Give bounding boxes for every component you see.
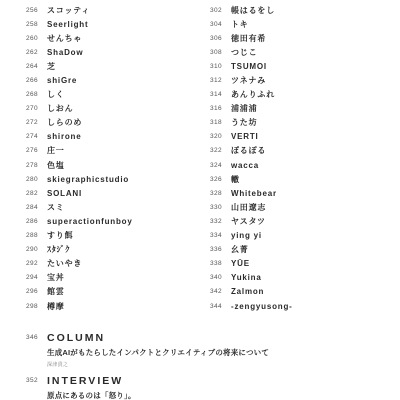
artist-name: しおん [47, 103, 73, 114]
artist-name: 館雲 [47, 286, 65, 297]
interview-heading: INTERVIEW [47, 375, 123, 387]
page-number: 310 [206, 63, 222, 70]
page-number: 322 [206, 147, 222, 154]
page-number: 286 [22, 218, 38, 225]
page-number: 328 [206, 190, 222, 197]
toc-entry: 312ツネナみ [206, 73, 396, 87]
page-number: 306 [206, 35, 222, 42]
index-column-right: 302帳はるをし304トキ306徳田有希308つじこ310TSUMOI312ツネ… [206, 3, 396, 313]
page-number: 292 [22, 260, 38, 267]
toc-entry: 298樽摩 [22, 299, 202, 313]
artist-name: 浦浦浦 [231, 103, 257, 114]
toc-entry: 286superactionfunboy [22, 214, 202, 228]
page-number: 268 [22, 91, 38, 98]
toc-entry: 330山田遼志 [206, 200, 396, 214]
artist-name: しらのめ [47, 117, 82, 128]
toc-entry: 278色塩 [22, 158, 202, 172]
artist-name: 色塩 [47, 160, 65, 171]
toc-entry: 336幺菁 [206, 243, 396, 257]
artist-name: Yukina [231, 273, 262, 282]
page-number: 302 [206, 7, 222, 14]
page-number: 270 [22, 105, 38, 112]
column-heading-row: 346 COLUMN [22, 330, 382, 345]
toc-entry: 316浦浦浦 [206, 102, 396, 116]
page-number: 320 [206, 133, 222, 140]
column-title: 生成AIがもたらしたインパクトとクリエイティブの将来について [47, 347, 382, 358]
artist-name: 芝 [47, 61, 56, 72]
artist-name: たいやき [47, 258, 82, 269]
page-number: 256 [22, 7, 38, 14]
artist-name: wacca [231, 161, 259, 170]
toc-entry: 338YŪE [206, 257, 396, 271]
page-number: 314 [206, 91, 222, 98]
page-number: 334 [206, 232, 222, 239]
page-number: 304 [206, 21, 222, 28]
toc-entry: 304トキ [206, 17, 396, 31]
artist-name: ぽるぽる [231, 145, 266, 156]
page-number: 266 [22, 77, 38, 84]
column-section: 346 COLUMN 生成AIがもたらしたインパクトとクリエイティブの将来につい… [22, 330, 382, 368]
page-number: 342 [206, 288, 222, 295]
toc-entry: 320VERTI [206, 130, 396, 144]
page-number: 352 [22, 377, 38, 384]
artist-name: superactionfunboy [47, 217, 133, 226]
page-number: 282 [22, 190, 38, 197]
artist-name: 帳はるをし [231, 5, 275, 16]
artist-name: -zengyusong- [231, 302, 293, 311]
page-number: 262 [22, 49, 38, 56]
artist-name: TSUMOI [231, 62, 267, 71]
page-number: 324 [206, 162, 222, 169]
toc-entry: 290ｽﾀｼﾞｸ [22, 243, 202, 257]
page-number: 336 [206, 246, 222, 253]
special-sections: 346 COLUMN 生成AIがもたらしたインパクトとクリエイティブの将来につい… [22, 330, 382, 400]
page-number: 284 [22, 204, 38, 211]
interview-heading-row: 352 INTERVIEW [22, 373, 382, 388]
toc-entry: 292たいやき [22, 257, 202, 271]
toc-entry: 268しく [22, 88, 202, 102]
page-number: 294 [22, 274, 38, 281]
artist-name: 山田遼志 [231, 202, 266, 213]
artist-name: うた坊 [231, 117, 257, 128]
page-number: 272 [22, 119, 38, 126]
interview-title: 原点にあるのは「怒り」。 [47, 390, 382, 400]
page-number: 278 [22, 162, 38, 169]
page-number: 316 [206, 105, 222, 112]
toc-entry: 258Seerlight [22, 17, 202, 31]
toc-entry: 296館雲 [22, 285, 202, 299]
toc-entry: 340Yukina [206, 271, 396, 285]
toc-entry: 324wacca [206, 158, 396, 172]
toc-entry: 260せんちゃ [22, 31, 202, 45]
toc-entry: 256スコッティ [22, 3, 202, 17]
artist-name: スコッティ [47, 5, 90, 16]
column-heading: COLUMN [47, 332, 105, 344]
artist-name: 庄一 [47, 145, 65, 156]
page-number: 346 [22, 334, 38, 341]
toc-entry: 262ShaDow [22, 45, 202, 59]
toc-entry: 266shiGre [22, 73, 202, 87]
artist-name: せんちゃ [47, 33, 82, 44]
artist-name: あんりふれ [231, 89, 275, 100]
artist-name: shiGre [47, 76, 77, 85]
toc-entry: 274shirone [22, 130, 202, 144]
page-number: 330 [206, 204, 222, 211]
artist-name: しく [47, 89, 65, 100]
page-number: 340 [206, 274, 222, 281]
page-number: 326 [206, 176, 222, 183]
artist-name: 轍 [231, 174, 240, 185]
artist-name: ying yi [231, 231, 262, 240]
page-number: 298 [22, 303, 38, 310]
page-number: 338 [206, 260, 222, 267]
toc-entry: 334ying yi [206, 229, 396, 243]
artist-name: ヤスタツ [231, 216, 266, 227]
page-number: 264 [22, 63, 38, 70]
toc-entry: 276庄一 [22, 144, 202, 158]
toc-entry: 282SOLANI [22, 186, 202, 200]
toc-entry: 294宝丼 [22, 271, 202, 285]
page-number: 344 [206, 303, 222, 310]
artist-name: Whitebear [231, 189, 277, 198]
toc-entry: 306徳田有希 [206, 31, 396, 45]
toc-entry: 302帳はるをし [206, 3, 396, 17]
page-number: 280 [22, 176, 38, 183]
toc-entry: 332ヤスタツ [206, 214, 396, 228]
page-number: 276 [22, 147, 38, 154]
artist-name: 徳田有希 [231, 33, 266, 44]
artist-name: ｽﾀｼﾞｸ [47, 244, 70, 255]
page-number: 288 [22, 232, 38, 239]
toc-entry: 284スミ [22, 200, 202, 214]
artist-name: トキ [231, 19, 249, 30]
toc-entry: 314あんりふれ [206, 88, 396, 102]
artist-name: つじこ [231, 47, 257, 58]
artist-name: Zalmon [231, 287, 264, 296]
toc-entry: 310TSUMOI [206, 59, 396, 73]
column-author: 深津貴之 [47, 361, 382, 368]
toc-entry: 308つじこ [206, 45, 396, 59]
index-page: 256スコッティ258Seerlight260せんちゃ262ShaDow264芝… [0, 0, 400, 400]
artist-name: スミ [47, 202, 65, 213]
toc-entry: 344-zengyusong- [206, 299, 396, 313]
artist-name: 宝丼 [47, 272, 65, 283]
page-number: 274 [22, 133, 38, 140]
artist-name: 幺菁 [231, 244, 249, 255]
page-number: 296 [22, 288, 38, 295]
page-number: 312 [206, 77, 222, 84]
page-number: 260 [22, 35, 38, 42]
toc-entry: 288すり餌 [22, 229, 202, 243]
interview-section: 352 INTERVIEW 原点にあるのは「怒り」。 [22, 373, 382, 400]
toc-entry: 322ぽるぽる [206, 144, 396, 158]
artist-name: ShaDow [47, 48, 83, 57]
toc-entry: 270しおん [22, 102, 202, 116]
artist-name: すり餌 [47, 230, 73, 241]
artist-name: skiegraphicstudio [47, 175, 129, 184]
toc-entry: 318うた坊 [206, 116, 396, 130]
index-column-left: 256スコッティ258Seerlight260せんちゃ262ShaDow264芝… [22, 3, 202, 313]
page-number: 332 [206, 218, 222, 225]
artist-name: YŪE [231, 259, 250, 268]
artist-name: shirone [47, 132, 82, 141]
page-number: 258 [22, 21, 38, 28]
artist-name: ツネナみ [231, 75, 266, 86]
artist-name: SOLANI [47, 189, 82, 198]
page-number: 318 [206, 119, 222, 126]
toc-entry: 280skiegraphicstudio [22, 172, 202, 186]
toc-entry: 328Whitebear [206, 186, 396, 200]
toc-entry: 342Zalmon [206, 285, 396, 299]
toc-entry: 272しらのめ [22, 116, 202, 130]
artist-name: 樽摩 [47, 301, 65, 312]
page-number: 308 [206, 49, 222, 56]
toc-entry: 326轍 [206, 172, 396, 186]
page-number: 290 [22, 246, 38, 253]
artist-name: Seerlight [47, 20, 88, 29]
toc-entry: 264芝 [22, 59, 202, 73]
artist-name: VERTI [231, 132, 259, 141]
